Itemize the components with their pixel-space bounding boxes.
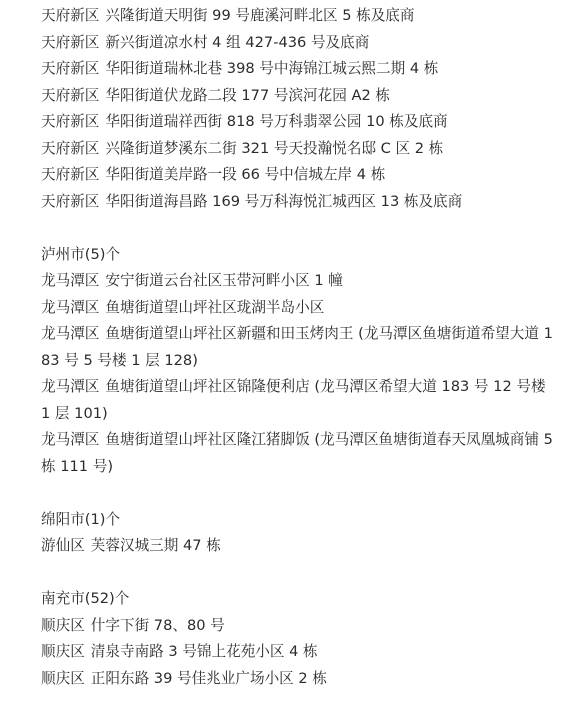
address-text: 兴隆街道天明街 99 号鹿溪河畔北区 5 栋及底商 xyxy=(105,7,414,24)
list-item: 天府新区兴隆街道梦溪东二街 321 号天投瀚悦名邸 C 区 2 栋 xyxy=(41,136,553,163)
district-name: 天府新区 xyxy=(41,193,99,210)
district-name: 龙马潭区 xyxy=(41,299,99,316)
district-name: 天府新区 xyxy=(41,87,99,104)
list-item: 顺庆区清泉寺南路 3 号锦上花苑小区 4 栋 xyxy=(41,639,553,666)
address-text: 华阳街道瑞林北巷 398 号中海锦江城云熙二期 4 栋 xyxy=(105,60,438,77)
address-text: 华阳街道海昌路 169 号万科海悦汇城西区 13 栋及底商 xyxy=(105,193,462,210)
section-heading: 泸州市(5)个 xyxy=(41,242,553,269)
address-text: 华阳街道伏龙路二段 177 号滨河花园 A2 栋 xyxy=(105,87,390,104)
address-list-document: 天府新区兴隆街道天明街 99 号鹿溪河畔北区 5 栋及底商 天府新区新兴街道凉水… xyxy=(41,3,553,692)
list-item: 龙马潭区安宁街道云台社区玉带河畔小区 1 幢 xyxy=(41,268,553,295)
address-text: 鱼塘街道望山坪社区锦隆便利店 (龙马潭区希望大道 183 号 12 号楼 1 层… xyxy=(41,378,546,422)
address-text: 新兴街道凉水村 4 组 427-436 号及底商 xyxy=(105,34,369,51)
district-name: 顺庆区 xyxy=(41,670,85,687)
list-item: 天府新区兴隆街道天明街 99 号鹿溪河畔北区 5 栋及底商 xyxy=(41,3,553,30)
address-text: 鱼塘街道望山坪社区珑湖半岛小区 xyxy=(105,299,324,316)
list-item: 游仙区芙蓉汉城三期 47 栋 xyxy=(41,533,553,560)
address-text: 安宁街道云台社区玉带河畔小区 1 幢 xyxy=(105,272,342,289)
list-item: 龙马潭区鱼塘街道望山坪社区珑湖半岛小区 xyxy=(41,295,553,322)
list-item: 天府新区华阳街道伏龙路二段 177 号滨河花园 A2 栋 xyxy=(41,83,553,110)
district-name: 龙马潭区 xyxy=(41,378,99,395)
district-name: 天府新区 xyxy=(41,113,99,130)
list-item: 天府新区华阳街道美岸路一段 66 号中信城左岸 4 栋 xyxy=(41,162,553,189)
address-text: 什字下街 78、80 号 xyxy=(91,617,225,634)
district-name: 天府新区 xyxy=(41,166,99,183)
district-name: 顺庆区 xyxy=(41,617,85,634)
address-text: 鱼塘街道望山坪社区新疆和田玉烤肉王 (龙马潭区鱼塘街道希望大道 183 号 5 … xyxy=(41,325,553,369)
list-item: 天府新区新兴街道凉水村 4 组 427-436 号及底商 xyxy=(41,30,553,57)
address-text: 华阳街道美岸路一段 66 号中信城左岸 4 栋 xyxy=(105,166,385,183)
section-heading: 绵阳市(1)个 xyxy=(41,507,553,534)
section-heading: 南充市(52)个 xyxy=(41,586,553,613)
section-spacer xyxy=(41,480,553,507)
district-name: 天府新区 xyxy=(41,34,99,51)
list-item: 龙马潭区鱼塘街道望山坪社区新疆和田玉烤肉王 (龙马潭区鱼塘街道希望大道 183 … xyxy=(41,321,553,374)
address-text: 芙蓉汉城三期 47 栋 xyxy=(91,537,221,554)
district-name: 天府新区 xyxy=(41,7,99,24)
list-item: 顺庆区什字下街 78、80 号 xyxy=(41,613,553,640)
address-text: 清泉寺南路 3 号锦上花苑小区 4 栋 xyxy=(91,643,318,660)
section-spacer xyxy=(41,215,553,242)
address-text: 正阳东路 39 号佳兆业广场小区 2 栋 xyxy=(91,670,327,687)
address-text: 兴隆街道梦溪东二街 321 号天投瀚悦名邸 C 区 2 栋 xyxy=(105,140,443,157)
list-item: 天府新区华阳街道瑞祥西街 818 号万科翡翠公园 10 栋及底商 xyxy=(41,109,553,136)
district-name: 顺庆区 xyxy=(41,643,85,660)
list-item: 龙马潭区鱼塘街道望山坪社区隆江猪脚饭 (龙马潭区鱼塘街道春天凤凰城商铺 5 栋 … xyxy=(41,427,553,480)
section-tianfu: 天府新区兴隆街道天明街 99 号鹿溪河畔北区 5 栋及底商 天府新区新兴街道凉水… xyxy=(41,3,553,215)
list-item: 顺庆区正阳东路 39 号佳兆业广场小区 2 栋 xyxy=(41,666,553,693)
district-name: 龙马潭区 xyxy=(41,325,99,342)
district-name: 游仙区 xyxy=(41,537,85,554)
list-item: 天府新区华阳街道海昌路 169 号万科海悦汇城西区 13 栋及底商 xyxy=(41,189,553,216)
section-nanchong: 南充市(52)个 顺庆区什字下街 78、80 号 顺庆区清泉寺南路 3 号锦上花… xyxy=(41,586,553,692)
address-text: 华阳街道瑞祥西街 818 号万科翡翠公园 10 栋及底商 xyxy=(105,113,447,130)
district-name: 天府新区 xyxy=(41,60,99,77)
section-mianyang: 绵阳市(1)个 游仙区芙蓉汉城三期 47 栋 xyxy=(41,507,553,560)
district-name: 龙马潭区 xyxy=(41,272,99,289)
section-spacer xyxy=(41,560,553,587)
district-name: 龙马潭区 xyxy=(41,431,99,448)
address-text: 鱼塘街道望山坪社区隆江猪脚饭 (龙马潭区鱼塘街道春天凤凰城商铺 5 栋 111 … xyxy=(41,431,553,475)
district-name: 天府新区 xyxy=(41,140,99,157)
list-item: 天府新区华阳街道瑞林北巷 398 号中海锦江城云熙二期 4 栋 xyxy=(41,56,553,83)
section-luzhou: 泸州市(5)个 龙马潭区安宁街道云台社区玉带河畔小区 1 幢 龙马潭区鱼塘街道望… xyxy=(41,242,553,481)
list-item: 龙马潭区鱼塘街道望山坪社区锦隆便利店 (龙马潭区希望大道 183 号 12 号楼… xyxy=(41,374,553,427)
